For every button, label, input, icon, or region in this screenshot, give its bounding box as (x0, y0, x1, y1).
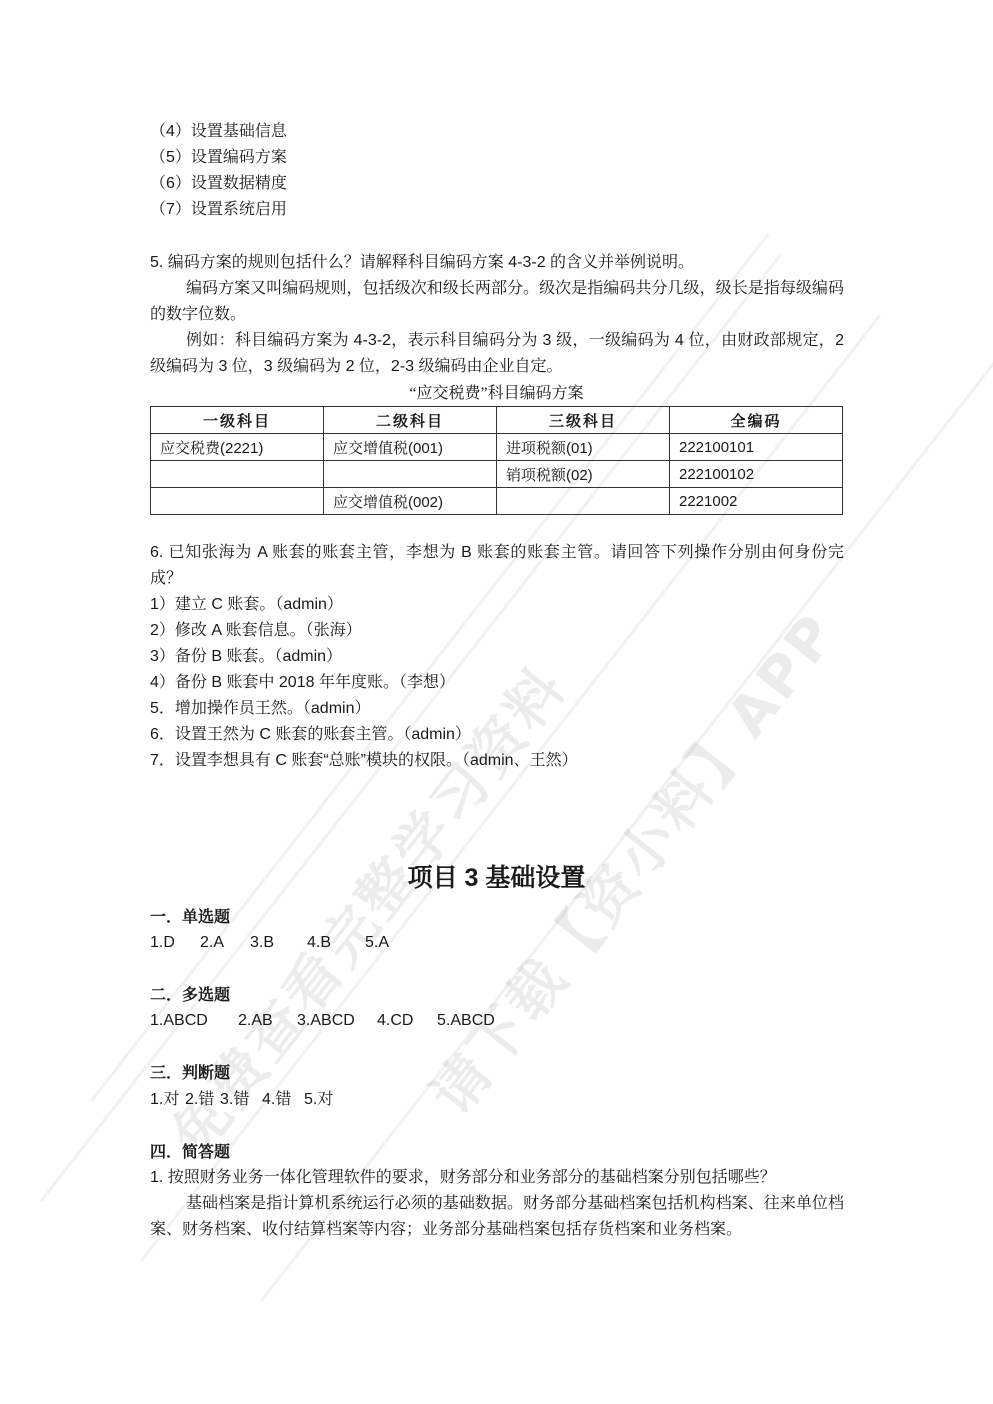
multiple-choice-heading: 二．多选题 (150, 983, 230, 1009)
step-item: （5）设置编码方案 (150, 145, 287, 171)
q5-answer-paragraph-1: 编码方案又叫编码规则，包括级次和级长两部分。级次是指编码共分几级，级长是指每级编… (150, 276, 844, 328)
table-cell (497, 488, 670, 515)
answer: 3.B (250, 930, 307, 956)
answer: 5.A (365, 930, 389, 956)
table-cell: 销项税额(02) (497, 461, 670, 488)
question-6: 6. 已知张海为 A 账套的账套主管，李想为 B 账套的账套主管。请回答下列操作… (150, 540, 844, 592)
header-level1: 一级科目 (151, 407, 324, 434)
header-level3: 三级科目 (497, 407, 670, 434)
short-answer-text: 基础档案是指计算机系统运行必须的基础数据。财务部分基础档案包括机构档案、往来单位… (150, 1191, 844, 1243)
answer: 3.ABCD (297, 1008, 377, 1034)
answer: 1.D (150, 930, 200, 956)
table-cell: 进项税额(01) (497, 434, 670, 461)
multiple-choice-answers: 1.ABCD2.AB3.ABCD4.CD5.ABCD (150, 1008, 495, 1034)
q5-answer-paragraph-2: 例如：科目编码方案为 4-3-2，表示科目编码分为 3 级，一级编码为 4 位，… (150, 328, 844, 380)
answer: 5.ABCD (437, 1008, 495, 1034)
q6-item: 4）备份 B 账套中 2018 年年度账。（李想） (150, 670, 455, 696)
table-cell (324, 461, 497, 488)
answer: 1.ABCD (150, 1008, 238, 1034)
answer: 1.对 (150, 1087, 185, 1113)
step-item: （6）设置数据精度 (150, 171, 287, 197)
table-cell: 应交增值税(001) (324, 434, 497, 461)
table-cell: 应交税费(2221) (151, 434, 324, 461)
header-full-code: 全编码 (670, 407, 843, 434)
true-false-answers: 1.对2.错3.错4.错5.对 (150, 1087, 333, 1113)
table-cell: 222100102 (670, 461, 843, 488)
q6-item: 5．增加操作员王然。（admin） (150, 696, 370, 722)
question-5: 5. 编码方案的规则包括什么？请解释科目编码方案 4-3-2 的含义并举例说明。 (150, 250, 694, 276)
table-cell: 应交增值税(002) (324, 488, 497, 515)
section-title: 项目 3 基础设置 (150, 860, 843, 896)
document-page: 免费查看完整学习资料 请下载【资小料】APP （4）设置基础信息 （5）设置编码… (0, 0, 993, 1404)
q6-item: 2）修改 A 账套信息。（张海） (150, 618, 362, 644)
answer: 4.CD (377, 1008, 437, 1034)
table-caption: “应交税费”科目编码方案 (150, 381, 843, 407)
table-row: 应交增值税(002) 2221002 (151, 488, 843, 515)
table-cell: 222100101 (670, 434, 843, 461)
table-header-row: 一级科目 二级科目 三级科目 全编码 (151, 407, 843, 434)
answer: 4.B (307, 930, 365, 956)
table-row: 销项税额(02) 222100102 (151, 461, 843, 488)
short-answer-heading: 四．简答题 (150, 1140, 230, 1166)
header-level2: 二级科目 (324, 407, 497, 434)
table-cell: 2221002 (670, 488, 843, 515)
answer: 2.错 (185, 1087, 220, 1113)
short-answer-question: 1. 按照财务业务一体化管理软件的要求，财务部分和业务部分的基础档案分别包括哪些… (150, 1165, 776, 1191)
true-false-heading: 三．判断题 (150, 1061, 230, 1087)
answer: 2.AB (238, 1008, 297, 1034)
coding-scheme-table: 一级科目 二级科目 三级科目 全编码 应交税费(2221) 应交增值税(001)… (150, 406, 843, 515)
q6-item: 7．设置李想具有 C 账套“总账”模块的权限。（admin、王然） (150, 748, 578, 774)
q6-item: 1）建立 C 账套。（admin） (150, 592, 343, 618)
answer: 2.A (200, 930, 250, 956)
table-row: 应交税费(2221) 应交增值税(001) 进项税额(01) 222100101 (151, 434, 843, 461)
table-cell (151, 488, 324, 515)
step-item: （7）设置系统启用 (150, 197, 287, 223)
answer: 3.错 (220, 1087, 262, 1113)
q6-item: 6．设置王然为 C 账套的账套主管。（admin） (150, 722, 471, 748)
answer: 5.对 (304, 1087, 333, 1113)
table-cell (151, 461, 324, 488)
single-choice-answers: 1.D2.A3.B4.B5.A (150, 930, 389, 956)
step-item: （4）设置基础信息 (150, 119, 287, 145)
answer: 4.错 (262, 1087, 304, 1113)
q6-item: 3）备份 B 账套。（admin） (150, 644, 342, 670)
single-choice-heading: 一．单选题 (150, 905, 230, 931)
